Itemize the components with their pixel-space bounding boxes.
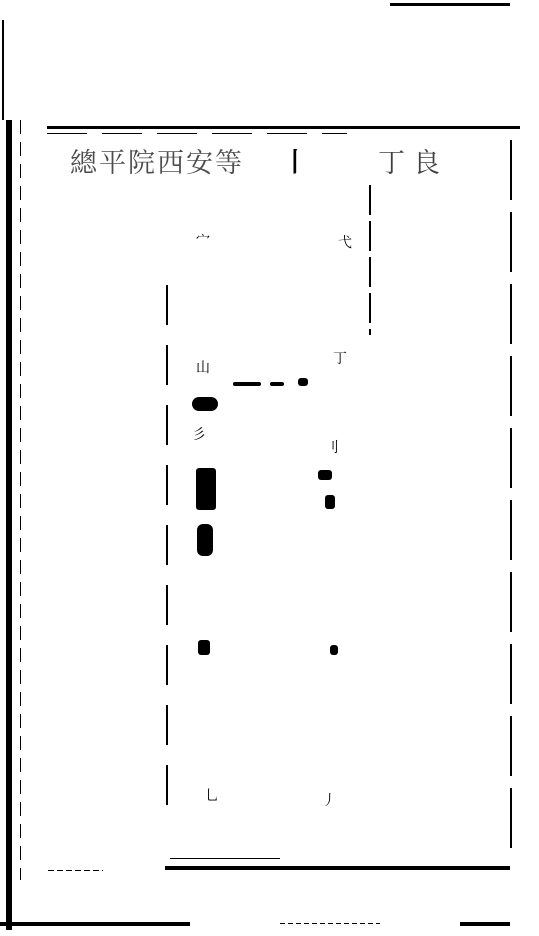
glyph-mark: 彡: [192, 424, 206, 444]
binding-stitch-line: [20, 120, 21, 880]
header-separator: 丨: [282, 142, 308, 179]
column-rule-right: [369, 185, 371, 335]
frame-bottom-rule: [165, 866, 510, 870]
ink-blob: [198, 640, 210, 655]
frame-right-rule: [510, 140, 512, 860]
frame-top-inner-rule: [47, 133, 347, 134]
book-title: 總平院西安等: [70, 141, 244, 180]
glyph-mark: 弋: [338, 232, 352, 252]
ink-blob: [325, 495, 335, 509]
binding-edge: [6, 120, 12, 930]
ink-blob: [192, 397, 218, 411]
binding-edge-top: [2, 20, 4, 120]
ink-blob: [196, 468, 216, 510]
glyph-mark: 刂: [325, 437, 339, 457]
glyph-mark: 丁: [333, 348, 347, 368]
page-header: 總平院西安等 丨 丁良: [70, 140, 490, 180]
ink-blob: [298, 378, 308, 386]
ink-blob: [270, 382, 284, 386]
glyph-mark: 乚: [205, 785, 219, 805]
glyph-mark: 宀: [196, 230, 210, 250]
bottom-page-edge: [0, 922, 190, 926]
ink-blob: [318, 470, 332, 480]
ink-blob: [233, 382, 261, 386]
frame-bottom-left-rule: [48, 870, 103, 871]
bottom-page-edge-dotted: [280, 923, 380, 924]
glyph-mark: 山: [196, 357, 210, 377]
glyph-mark: 丿: [322, 790, 336, 810]
frame-bottom-inner-rule: [170, 858, 280, 859]
top-page-edge: [390, 3, 510, 6]
book-author: 丁良: [378, 141, 448, 180]
ink-blob: [330, 645, 338, 655]
column-rule-left: [166, 285, 168, 805]
frame-top-rule: [47, 126, 520, 129]
bottom-page-edge-right: [460, 922, 510, 926]
ink-blob: [197, 524, 213, 556]
